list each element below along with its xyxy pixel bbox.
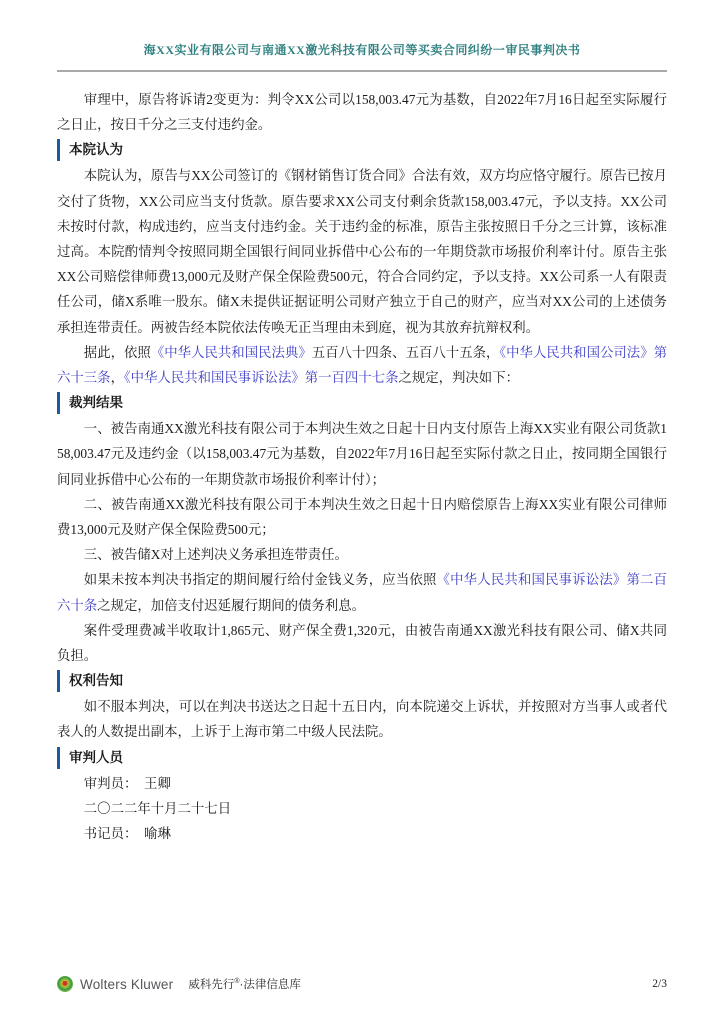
text-segment: ， xyxy=(111,370,124,385)
paragraph: 审理中，原告将诉请2变更为：判令XX公司以158,003.47元为基数，自202… xyxy=(57,87,667,137)
paragraph: 三、被告储X对上述判决义务承担连带责任。 xyxy=(57,542,667,567)
text-segment: 据此，依照 xyxy=(84,345,151,360)
text-segment: 二〇二二年十月二十七日 xyxy=(84,801,231,816)
text-segment: 本院认为，原告与XX公司签订的《钢材销售订货合同》合法有效，双方均应恪守履行。原… xyxy=(57,168,667,334)
paragraph: 二〇二二年十月二十七日 xyxy=(57,796,667,821)
paragraph: 案件受理费减半收取计1,865元、财产保全费1,320元，由被告南通XX激光科技… xyxy=(57,618,667,668)
text-segment: 书记员： 喻琳 xyxy=(84,826,171,841)
page-number: 2/3 xyxy=(652,978,667,990)
footer-brand-group: Wolters Kluwer 威科先行®·法律信息库 xyxy=(57,976,301,992)
paragraph: 如果未按本判决书指定的期间履行给付金钱义务，应当依照《中华人民共和国民事诉讼法》… xyxy=(57,567,667,617)
section-heading: 审判人员 xyxy=(57,747,667,769)
law-reference-link[interactable]: 《中华人民共和国民法典》 xyxy=(151,345,312,360)
paragraph: 审判员： 王卿 xyxy=(57,771,667,796)
section-heading: 权利告知 xyxy=(57,670,667,692)
paragraph: 如不服本判决，可以在判决书送达之日起十五日内，向本院递交上诉状，并按照对方当事人… xyxy=(57,694,667,744)
page-footer: Wolters Kluwer 威科先行®·法律信息库 2/3 xyxy=(57,976,667,992)
footer-product-cn: 威科先行 xyxy=(188,979,234,991)
text-segment: 审判员： 王卿 xyxy=(84,776,171,791)
paragraph: 据此，依照《中华人民共和国民法典》五百八十四条、五百八十五条，《中华人民共和国公… xyxy=(57,340,667,390)
document-title: 海XX实业有限公司与南通XX激光科技有限公司等买卖合同纠纷一审民事判决书 xyxy=(57,43,667,57)
law-reference-link[interactable]: 《中华人民共和国民事诉讼法》第一百四十七条 xyxy=(124,370,399,385)
section-heading: 本院认为 xyxy=(57,139,667,161)
text-segment: 二、被告南通XX激光科技有限公司于本判决生效之日起十日内赔偿原告上海XX实业有限… xyxy=(57,497,667,537)
footer-product-suffix: ·法律信息库 xyxy=(240,979,301,991)
text-segment: 如果未按本判决书指定的期间履行给付金钱义务，应当依照 xyxy=(84,572,437,587)
text-segment: 如不服本判决，可以在判决书送达之日起十五日内，向本院递交上诉状，并按照对方当事人… xyxy=(57,699,667,739)
wolters-kluwer-logo-icon xyxy=(57,976,73,992)
section-heading: 裁判结果 xyxy=(57,392,667,414)
text-segment: 三、被告储X对上述判决义务承担连带责任。 xyxy=(84,547,348,562)
footer-product-text: 威科先行®·法律信息库 xyxy=(188,976,301,992)
footer-brand-text: Wolters Kluwer xyxy=(80,977,173,992)
text-segment: 一、被告南通XX激光科技有限公司于本判决生效之日起十日内支付原告上海XX实业有限… xyxy=(57,421,667,486)
document-header: 海XX实业有限公司与南通XX激光科技有限公司等买卖合同纠纷一审民事判决书 xyxy=(57,0,667,72)
header-divider xyxy=(57,70,667,72)
paragraph: 二、被告南通XX激光科技有限公司于本判决生效之日起十日内赔偿原告上海XX实业有限… xyxy=(57,492,667,542)
paragraph: 书记员： 喻琳 xyxy=(57,821,667,846)
document-body: 审理中，原告将诉请2变更为：判令XX公司以158,003.47元为基数，自202… xyxy=(57,87,667,846)
text-segment: 审理中，原告将诉请2变更为：判令XX公司以158,003.47元为基数，自202… xyxy=(57,92,667,132)
paragraph: 一、被告南通XX激光科技有限公司于本判决生效之日起十日内支付原告上海XX实业有限… xyxy=(57,416,667,492)
text-segment: 之规定，判决如下： xyxy=(398,370,519,385)
text-segment: 五百八十四条、五百八十五条， xyxy=(312,345,500,360)
paragraph: 本院认为，原告与XX公司签订的《钢材销售订货合同》合法有效，双方均应恪守履行。原… xyxy=(57,163,667,339)
judgment-page: 海XX实业有限公司与南通XX激光科技有限公司等买卖合同纠纷一审民事判决书 审理中… xyxy=(0,0,724,1024)
page-content: 海XX实业有限公司与南通XX激光科技有限公司等买卖合同纠纷一审民事判决书 审理中… xyxy=(57,0,667,846)
text-segment: 之规定，加倍支付迟延履行期间的债务利息。 xyxy=(97,598,365,613)
text-segment: 案件受理费减半收取计1,865元、财产保全费1,320元，由被告南通XX激光科技… xyxy=(57,623,667,663)
